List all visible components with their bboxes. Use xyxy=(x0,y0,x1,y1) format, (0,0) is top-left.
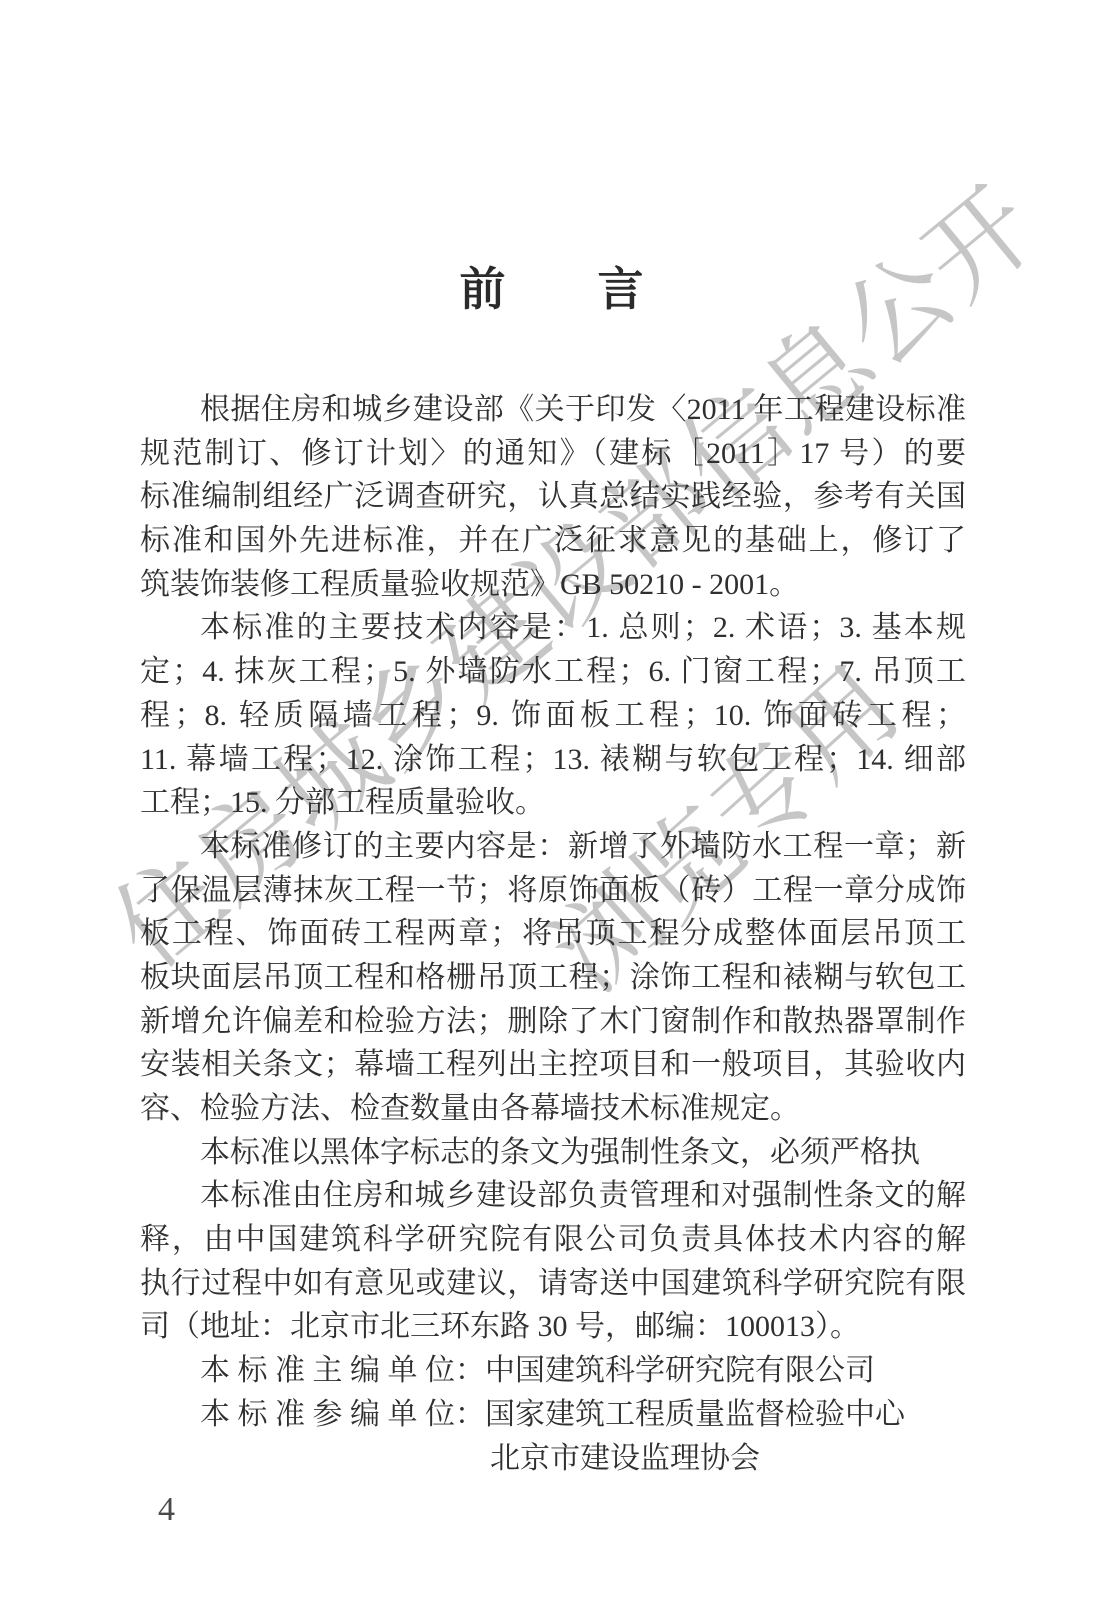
text-line: 执行过程中如有意见或建议，请寄送中国建筑科学研究院有限公 xyxy=(140,1262,966,1306)
text-line: 本标准修订的主要内容是：新增了外墙防水工程一章；新增 xyxy=(140,825,966,869)
text-line: 本标准以黑体字标志的条文为强制性条文，必须严格执行。 xyxy=(140,1131,966,1175)
text-line: 了保温层薄抹灰工程一节；将原饰面板（砖）工程一章分成饰面 xyxy=(140,869,966,913)
text-line: 11. 幕墙工程；12. 涂饰工程；13. 裱糊与软包工程；14. 细部 xyxy=(140,738,966,782)
text-line: 本标准的主要技术内容是：1. 总则；2. 术语；3. 基本规 xyxy=(140,606,966,650)
text-line: 定；4. 抹灰工程；5. 外墙防水工程；6. 门窗工程；7. 吊顶工 xyxy=(140,650,966,694)
text-line: 板块面层吊顶工程和格栅吊顶工程；涂饰工程和裱糊与软包工程 xyxy=(140,956,966,1000)
page-number: 4 xyxy=(158,1488,175,1532)
text-line: 程；8. 轻质隔墙工程；9. 饰面板工程；10. 饰面砖工程； xyxy=(140,694,966,738)
text-line: 根据住房和城乡建设部《关于印发〈2011 年工程建设标准 xyxy=(140,388,966,432)
text-line: 北京市建设监理协会 xyxy=(140,1437,966,1481)
page-title: 前 言 xyxy=(0,264,1103,316)
text-line: 释，由中国建筑科学研究院有限公司负责具体技术内容的解释。 xyxy=(140,1218,966,1262)
text-line: 规范制订、修订计划〉的通知》（建标［2011］17 号）的要求， xyxy=(140,432,966,476)
text-line: 筑装饰装修工程质量验收规范》GB 50210 - 2001。 xyxy=(140,563,966,607)
document-page: 住房城乡建设部信息公开 浏览专用 前 言 根据住房和城乡建设部《关于印发〈201… xyxy=(0,0,1103,1598)
text-line: 本标准由住房和城乡建设部负责管理和对强制性条文的解 xyxy=(140,1174,966,1218)
text-line: 本 标 准 参 编 单 位：国家建筑工程质量监督检验中心 xyxy=(140,1393,966,1437)
text-line: 安装相关条文；幕墙工程列出主控项目和一般项目，其验收内 xyxy=(140,1043,966,1087)
text-line: 新增允许偏差和检验方法；删除了木门窗制作和散热器罩制作与 xyxy=(140,1000,966,1044)
text-line: 标准和国外先进标准，并在广泛征求意见的基础上，修订了《建 xyxy=(140,519,966,563)
foreword-body: 根据住房和城乡建设部《关于印发〈2011 年工程建设标准规范制订、修订计划〉的通… xyxy=(140,388,966,1480)
page-content: 前 言 根据住房和城乡建设部《关于印发〈2011 年工程建设标准规范制订、修订计… xyxy=(0,0,1103,1598)
text-line: 工程；15. 分部工程质量验收。 xyxy=(140,781,966,825)
text-line: 板工程、饰面砖工程两章；将吊顶工程分成整体面层吊顶工程、 xyxy=(140,912,966,956)
text-line: 容、检验方法、检查数量由各幕墙技术标准规定。 xyxy=(140,1087,966,1131)
text-line: 本 标 准 主 编 单 位：中国建筑科学研究院有限公司 xyxy=(140,1349,966,1393)
text-line: 司（地址：北京市北三环东路 30 号，邮编：100013）。 xyxy=(140,1305,966,1349)
text-line: 标准编制组经广泛调查研究，认真总结实践经验，参考有关国际 xyxy=(140,475,966,519)
